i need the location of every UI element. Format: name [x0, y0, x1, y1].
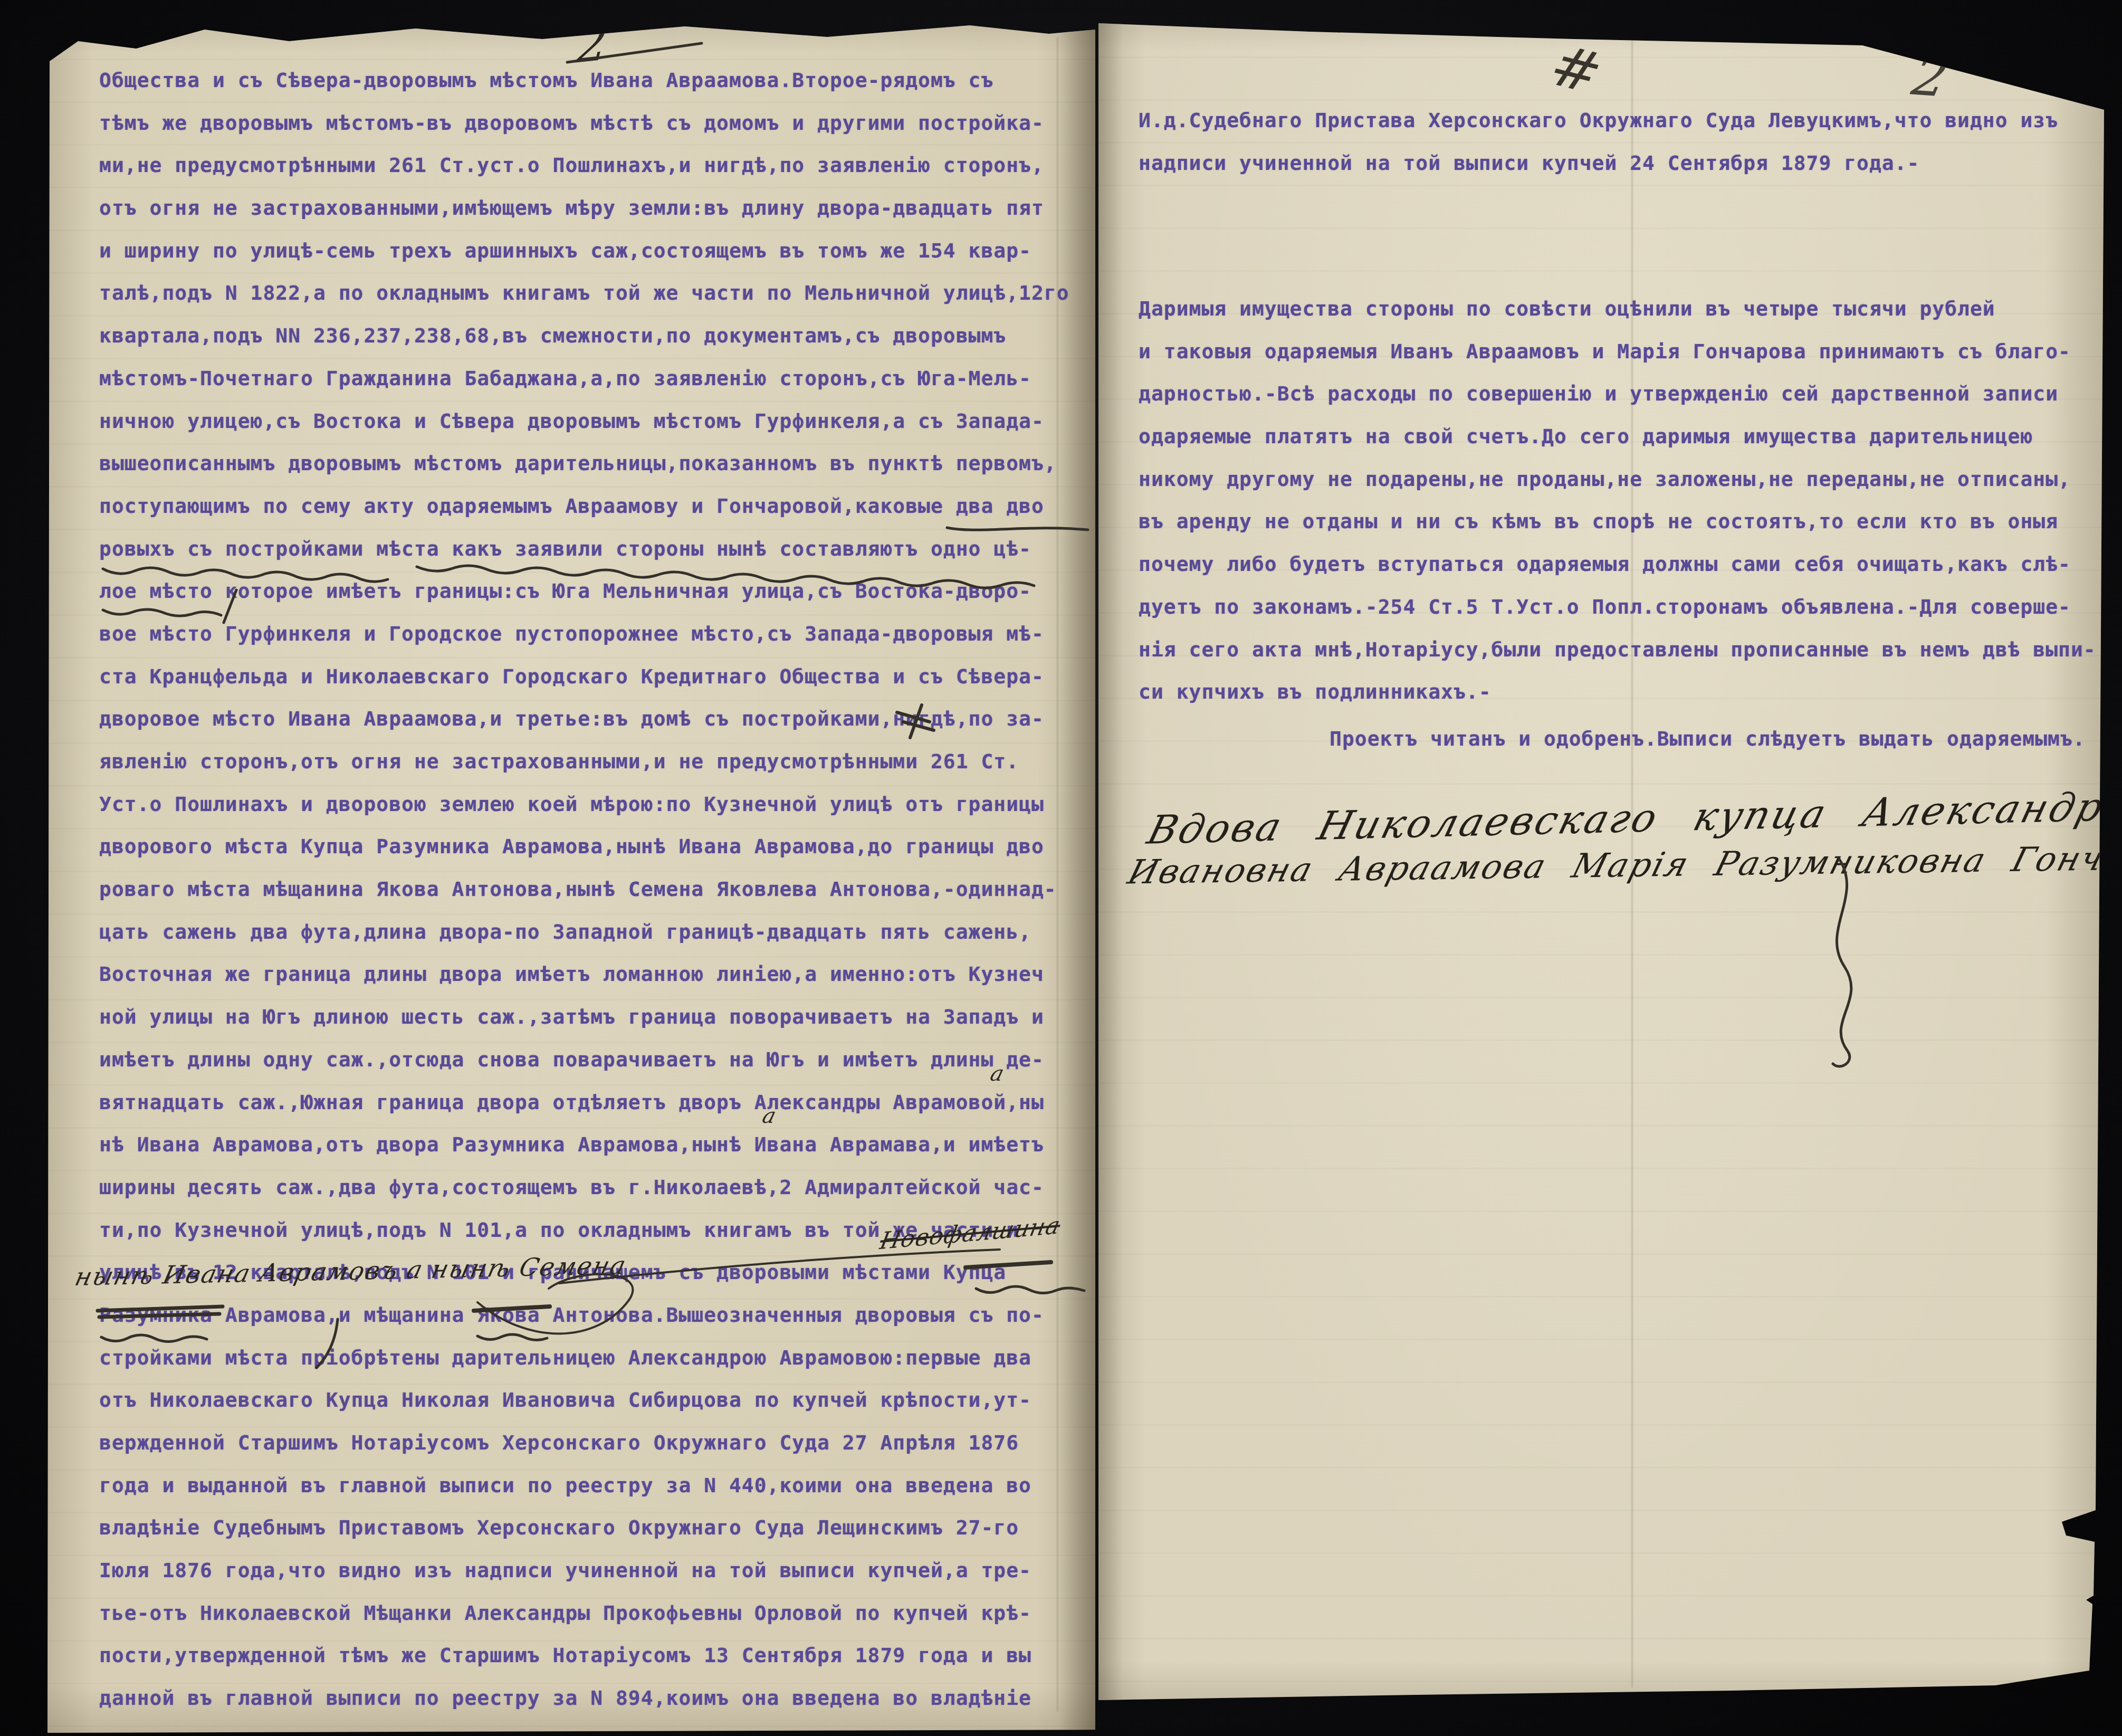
typed-line: Іюля 1876 года,что видно изъ надписи учи…	[99, 1549, 1091, 1592]
typed-line: явленію сторонъ,отъ огня не застрахованн…	[99, 740, 1091, 783]
typed-line: дуетъ по законамъ.-254 Ст.5 Т.Уст.о Попл…	[1139, 586, 2099, 628]
typed-line: Уст.о Пошлинахъ и дворовою землею коей м…	[99, 783, 1091, 826]
typed-line: ширины десять саж.,два фута,состоящемъ в…	[99, 1166, 1091, 1209]
typed-line: Восточная же граница длины двора имѣетъ …	[99, 953, 1091, 996]
typed-line: вятнадцать саж.,Южная граница двора отдѣ…	[99, 1081, 1091, 1124]
typed-line: ста Кранцфельда и Николаевскаго Городска…	[99, 655, 1091, 698]
typed-line: въ аренду не отданы и ни съ кѣмъ въ спор…	[1139, 500, 2099, 543]
right-page-gutter-shadow	[1098, 14, 1123, 1709]
typed-line: И.д.Судебнаго Пристава Херсонскаго Окруж…	[1139, 99, 2088, 142]
typed-line: цать сажень два фута,длина двора-по Запа…	[99, 911, 1091, 953]
typed-line: си купчихъ въ подлинникахъ.-	[1139, 671, 2099, 713]
typed-line: надписи учиненной на той выписи купчей 2…	[1139, 142, 2088, 185]
typed-line: отъ огня не застрахованными,имѣющемъ мѣр…	[99, 187, 1091, 230]
typed-line: вышеописаннымъ дворовымъ мѣстомъ дарител…	[99, 442, 1091, 485]
typed-line: вое мѣсто Гурфинкеля и Городское пустопо…	[99, 613, 1091, 655]
typed-line: одаряемые платятъ на свой счетъ.До сего …	[1139, 415, 2099, 458]
typed-line: владѣніе Судебнымъ Приставомъ Херсонскаг…	[99, 1506, 1091, 1549]
typed-line: отъ Николаевскаго Купца Николая Иванович…	[99, 1379, 1091, 1422]
typed-line: Разумника Аврамова,и мѣщанина Якова Анто…	[99, 1294, 1091, 1337]
typed-line: и ширину по улицѣ-семь трехъ аршинныхъ с…	[99, 230, 1091, 272]
closing-statement-line: Проектъ читанъ и одобренъ.Выписи слѣдует…	[1139, 718, 2099, 760]
right-page-paragraph-2: Даримыя имущества стороны по совѣсти оцѣ…	[1139, 288, 2099, 713]
typed-line: никому другому не подарены,не проданы,не…	[1139, 458, 2099, 501]
typed-line: пости,утвержденной тѣмъ же Старшимъ Нота…	[99, 1634, 1091, 1677]
left-page-typed-text: Общества и съ Сѣвера-дворовымъ мѣстомъ И…	[99, 59, 1091, 1720]
typed-line: вержденной Старшимъ Нотаріусомъ Херсонск…	[99, 1422, 1091, 1464]
typed-line: и таковыя одаряемыя Иванъ Авраамовъ и Ма…	[1139, 330, 2099, 373]
typed-line: данной въ главной выписи по реестру за N…	[99, 1677, 1091, 1720]
typed-line: роваго мѣста мѣщанина Якова Антонова,нын…	[99, 868, 1091, 911]
typed-line: поступающимъ по сему акту одаряемымъ Авр…	[99, 485, 1091, 528]
typed-line: стройками мѣста пріобрѣтены дарительнице…	[99, 1337, 1091, 1379]
typed-line: нѣ Ивана Аврамова,отъ двора Разумника Ав…	[99, 1123, 1091, 1166]
typed-line: года и выданной въ главной выписи по рее…	[99, 1464, 1091, 1507]
left-page-gutter-shadow	[1058, 16, 1095, 1733]
typed-line: талѣ,подъ N 1822,а по окладнымъ книгамъ …	[99, 272, 1091, 314]
left-page: 2 Общества и съ Сѣвера-дворовымъ мѣстомъ…	[46, 16, 1095, 1733]
typed-line: ной улицы на Югъ длиною шесть саж.,затѣм…	[99, 996, 1091, 1038]
typed-line: тье-отъ Николаевской Мѣщанки Александры …	[99, 1592, 1091, 1635]
typed-line: мѣстомъ-Почетнаго Гражданина Бабаджана,а…	[99, 357, 1091, 400]
typed-line: нія сего акта мнѣ,Нотаріусу,были предост…	[1139, 628, 2099, 671]
typed-line: почему либо будетъ вступаться одаряемыя …	[1139, 543, 2099, 586]
typed-line: квартала,подъ NN 236,237,238,68,въ смежн…	[99, 314, 1091, 357]
typed-line: имѣетъ длины одну саж.,отсюда снова пова…	[99, 1038, 1091, 1081]
typed-line: дарностью.-Всѣ расходы по совершенію и у…	[1139, 373, 2099, 415]
typed-line: лое мѣсто которое имѣетъ границы:съ Юга …	[99, 570, 1091, 613]
typed-line: Даримыя имущества стороны по совѣсти оцѣ…	[1139, 288, 2099, 330]
typed-line: дворовое мѣсто Ивана Авраамова,и третье:…	[99, 698, 1091, 740]
typed-line: ми,не предусмотрѣнными 261 Ст.уст.о Пошл…	[99, 144, 1091, 187]
handwritten-hash-mark: #	[1542, 33, 1611, 107]
typed-line: ровыхъ съ постройками мѣста какъ заявили…	[99, 528, 1091, 570]
typed-line: дворового мѣста Купца Разумника Аврамова…	[99, 825, 1091, 868]
scanned-document-photo: { "colors":{ "background":"#0d0d10", "pa…	[0, 0, 2122, 1736]
typed-line: ничною улицею,съ Востока и Сѣвера дворов…	[99, 400, 1091, 443]
right-page: # 2 И.д.Судебнаго Пристава Херсонскаго О…	[1098, 14, 2104, 1709]
right-page-paragraph-1: И.д.Судебнаго Пристава Херсонскаго Окруж…	[1139, 99, 2088, 184]
typed-line: Общества и съ Сѣвера-дворовымъ мѣстомъ И…	[99, 59, 1091, 102]
typed-line: тѣмъ же дворовымъ мѣстомъ-въ дворовомъ м…	[99, 102, 1091, 145]
